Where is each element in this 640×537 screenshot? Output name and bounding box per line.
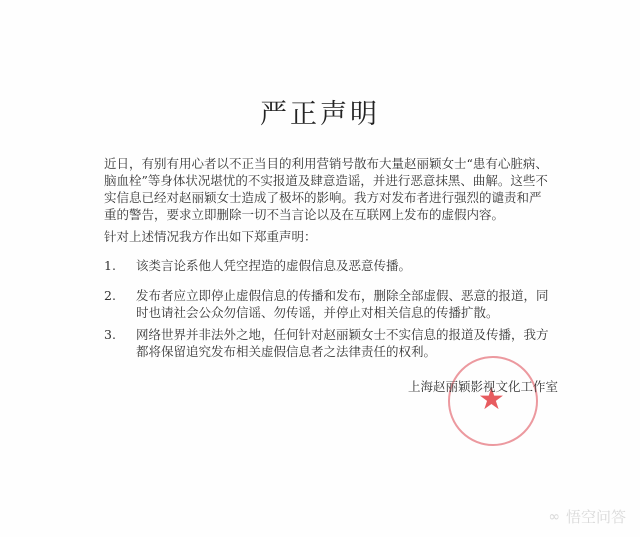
item-text: 发布者应立即停止虚假信息的传播和发布，删除全部虚假、恶意的报道，同时也请社会公众… [136,287,550,321]
item-text: 该类言论系他人凭空捏造的虚假信息及恶意传播。 [136,257,550,274]
item-text: 网络世界并非法外之地，任何针对赵丽颖女士不实信息的报道及传播，我方都将保留追究发… [136,326,550,360]
official-seal: ★ [448,356,538,446]
wukong-logo-icon: ∞ [548,509,560,525]
signature: 上海赵丽颖影视文化工作室 [408,377,558,395]
intro-paragraph: 近日，有别有用心者以不正当目的利用营销号散布大量赵丽颖女士“患有心脏病、脑血栓”… [104,155,550,223]
watermark-text: 悟空问答 [566,506,626,527]
watermark: ∞ 悟空问答 [548,506,626,527]
item-number: 1. [104,257,136,274]
statement-title: 严正声明 [0,92,640,131]
statement-item: 3. 网络世界并非法外之地，任何针对赵丽颖女士不实信息的报道及传播，我方都将保留… [104,326,550,360]
statement-item: 1. 该类言论系他人凭空捏造的虚假信息及恶意传播。 [104,257,550,274]
item-number: 2. [104,287,136,321]
statement-item: 2. 发布者应立即停止虚假信息的传播和发布，删除全部虚假、恶意的报道，同时也请社… [104,287,550,321]
item-number: 3. [104,326,136,360]
lead-paragraph: 针对上述情况我方作出如下郑重声明： [104,228,550,245]
